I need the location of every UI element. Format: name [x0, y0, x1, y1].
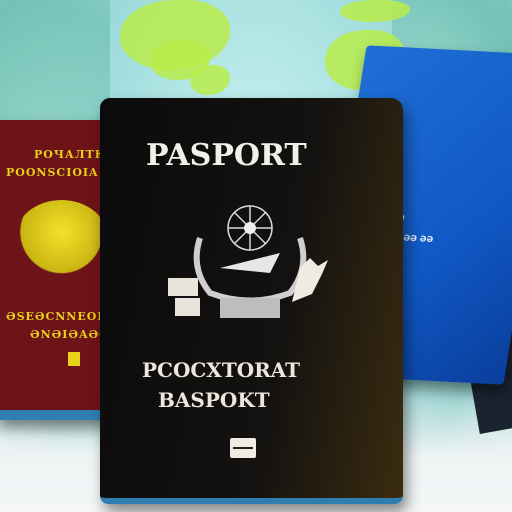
passport-subtitle-2: BASPOKT [158, 388, 270, 412]
passport-subtitle-1: PCOCXTORAT [142, 358, 300, 382]
eagle-seal-emblem-icon [160, 198, 340, 328]
gold-emblem-icon [14, 200, 109, 280]
biometric-chip-icon [230, 438, 256, 458]
black-passport: PASPORT PCOCXTORAT BASPOKT [100, 98, 403, 504]
red-passport-text-2: POONSCIOIA [6, 166, 99, 179]
map-land-caribbean [190, 65, 230, 95]
red-passport-text-4: ƏNƏIƏAƏƏ [30, 328, 110, 341]
biometric-icon [68, 352, 80, 366]
passport-title: PASPORT [146, 138, 307, 173]
